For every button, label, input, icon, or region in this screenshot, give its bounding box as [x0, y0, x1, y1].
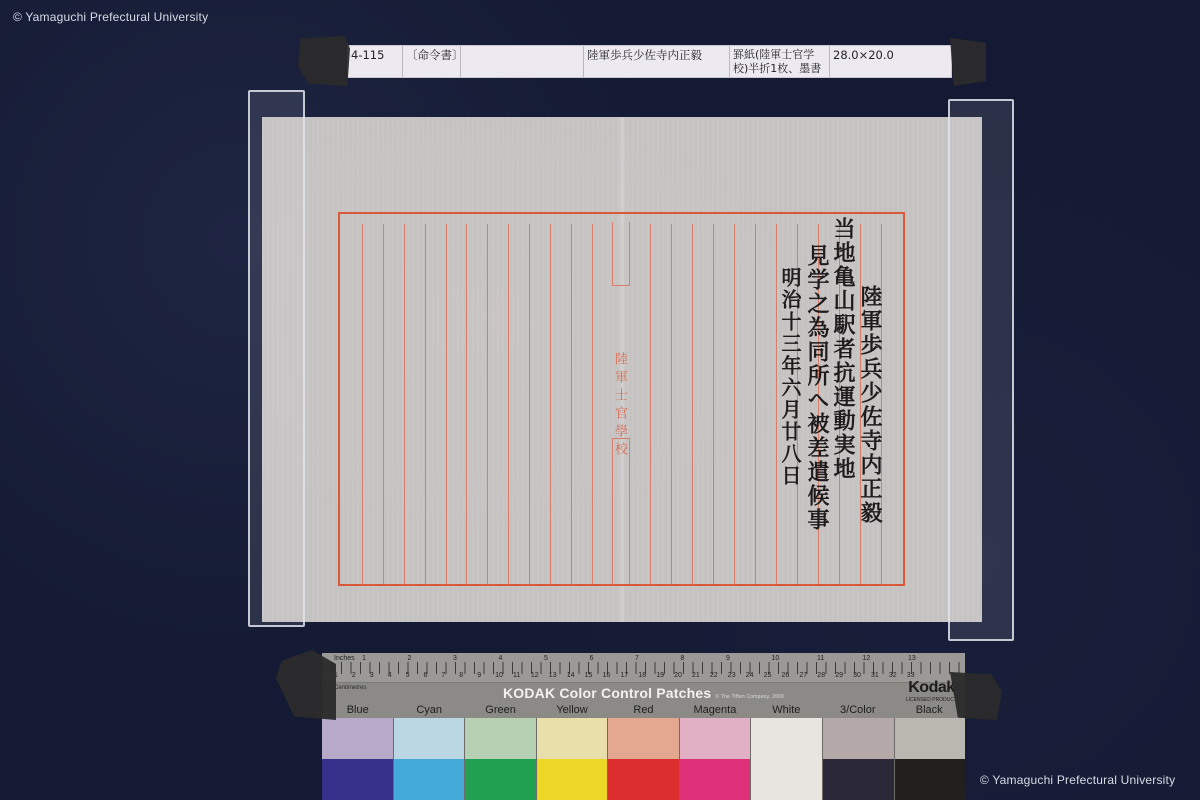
cm-mark: 19 — [656, 672, 664, 679]
patch-dark — [537, 759, 608, 800]
patch-red — [608, 718, 680, 800]
patch-blue — [322, 718, 394, 800]
cm-mark: 5 — [406, 672, 410, 679]
patch-dark — [465, 759, 536, 800]
catalog-blank — [461, 46, 584, 77]
catalog-type: 〔命令書〕 — [403, 46, 461, 77]
patch-label: Yellow — [536, 704, 607, 716]
cm-mark: 33 — [907, 672, 915, 679]
catalog-size: 28.0×20.0 — [830, 46, 951, 77]
cm-mark: 27 — [799, 672, 807, 679]
cm-mark: 3 — [370, 672, 374, 679]
patch-dark — [823, 759, 894, 800]
patch-magenta — [680, 718, 752, 800]
inch-mark: 6 — [590, 655, 594, 662]
cm-mark: 12 — [531, 672, 539, 679]
copyright-bottom: © Yamaguchi Prefectural University — [980, 773, 1175, 787]
cm-mark: 4 — [388, 672, 392, 679]
cm-mark: 11 — [513, 672, 520, 679]
patch-black — [895, 718, 966, 800]
kodak-logo: Kodak LICENSED PRODUCT — [906, 679, 957, 703]
tape-piece — [298, 36, 350, 86]
cm-mark: 26 — [782, 672, 790, 679]
manuscript-column-3: 見学之為同所へ被差遣候事 — [802, 244, 833, 532]
patch-label: Magenta — [679, 704, 750, 716]
patch-dark — [608, 759, 679, 800]
patch-label: White — [751, 704, 822, 716]
inch-mark: 13 — [908, 655, 916, 662]
cm-mark: 6 — [424, 672, 428, 679]
cm-mark: 23 — [728, 672, 736, 679]
cm-mark: 7 — [441, 672, 445, 679]
inch-mark: 7 — [635, 655, 639, 662]
catalog-id: 4-115 — [348, 46, 403, 77]
kodak-title: KODAK Color Control Patches© The Tiffen … — [322, 685, 965, 701]
patch-label: Black — [894, 704, 965, 716]
manuscript-column-1: 陸軍歩兵少佐寺内正毅 — [855, 285, 886, 525]
patch-3-color — [823, 718, 895, 800]
inch-mark: 11 — [817, 655, 824, 662]
inch-mark: 2 — [408, 655, 412, 662]
patch-light — [537, 718, 608, 759]
patch-label: Cyan — [393, 704, 464, 716]
catalog-name: 陸軍歩兵少佐寺内正毅 — [584, 46, 730, 77]
cm-mark: 10 — [495, 672, 503, 679]
patch-label: 3/Color — [822, 704, 893, 716]
printed-school-stamp: 陸軍士官學校 — [610, 352, 629, 460]
cm-mark: 2 — [352, 672, 356, 679]
patch-dark — [680, 759, 751, 800]
tape-piece — [276, 650, 336, 720]
cm-mark: 30 — [853, 672, 861, 679]
patch-label: Green — [465, 704, 536, 716]
tape-piece — [950, 672, 1002, 720]
patch-yellow — [537, 718, 609, 800]
document-paper: 陸軍士官學校 陸軍歩兵少佐寺内正毅 当地亀山駅者抗運動実地 見学之為同所へ被差遣… — [262, 117, 982, 622]
patch-light — [465, 718, 536, 759]
inch-mark: 5 — [544, 655, 548, 662]
cm-mark: 21 — [692, 672, 700, 679]
cm-mark: 25 — [764, 672, 772, 679]
patch-light — [680, 718, 751, 759]
cm-mark: 18 — [638, 672, 646, 679]
patch-dark — [322, 759, 393, 800]
inch-mark: 12 — [863, 655, 871, 662]
acrylic-weight-left — [248, 90, 305, 627]
cm-mark: 14 — [567, 672, 575, 679]
cm-mark: 24 — [746, 672, 754, 679]
patch-green — [465, 718, 537, 800]
inch-mark: 4 — [499, 655, 503, 662]
patch-light — [608, 718, 679, 759]
patch-light — [751, 718, 822, 759]
patch-light — [322, 718, 393, 759]
patch-light — [895, 718, 966, 759]
inch-mark: 8 — [681, 655, 685, 662]
cm-mark: 9 — [477, 672, 481, 679]
inch-mark: 3 — [453, 655, 457, 662]
kodak-color-chart: Inches 12345678910111213 123456789101112… — [322, 653, 965, 800]
patch-dark — [394, 759, 465, 800]
cm-mark: 15 — [585, 672, 593, 679]
cm-mark: 8 — [459, 672, 463, 679]
cm-mark: 22 — [710, 672, 718, 679]
patch-labels: Blue Cyan Green Yellow Red Magenta White… — [322, 704, 965, 716]
tape-piece — [950, 38, 986, 86]
acrylic-weight-right — [948, 99, 1014, 641]
ruler: Inches 12345678910111213 123456789101112… — [322, 653, 965, 683]
cm-mark: 29 — [835, 672, 843, 679]
cm-mark: 20 — [674, 672, 682, 679]
patch-light — [823, 718, 894, 759]
tiffen-credit: © The Tiffen Company, 2000 — [715, 694, 784, 700]
manuscript-column-4: 明治十三年六月廿八日 — [776, 267, 805, 487]
cm-mark: 32 — [889, 672, 897, 679]
inches-label: Inches — [334, 655, 355, 662]
patch-light — [394, 718, 465, 759]
cm-mark: 17 — [620, 672, 628, 679]
catalog-label: 4-115 〔命令書〕 陸軍歩兵少佐寺内正毅 罫紙(陸軍士官学校)半折1枚、墨書… — [347, 45, 952, 78]
catalog-description: 罫紙(陸軍士官学校)半折1枚、墨書 — [730, 46, 830, 77]
cm-mark: 28 — [817, 672, 825, 679]
color-patches — [322, 718, 965, 800]
inch-mark: 1 — [362, 655, 366, 662]
patch-label: Red — [608, 704, 679, 716]
copyright-top: © Yamaguchi Prefectural University — [13, 10, 208, 24]
patch-white — [751, 718, 823, 800]
patch-cyan — [394, 718, 466, 800]
patch-dark — [751, 759, 822, 800]
inch-mark: 9 — [726, 655, 730, 662]
cm-mark: 13 — [549, 672, 557, 679]
cm-mark: 31 — [871, 672, 879, 679]
patch-dark — [895, 759, 966, 800]
center-fold-box — [612, 222, 630, 286]
inch-mark: 10 — [772, 655, 780, 662]
cm-mark: 16 — [603, 672, 611, 679]
